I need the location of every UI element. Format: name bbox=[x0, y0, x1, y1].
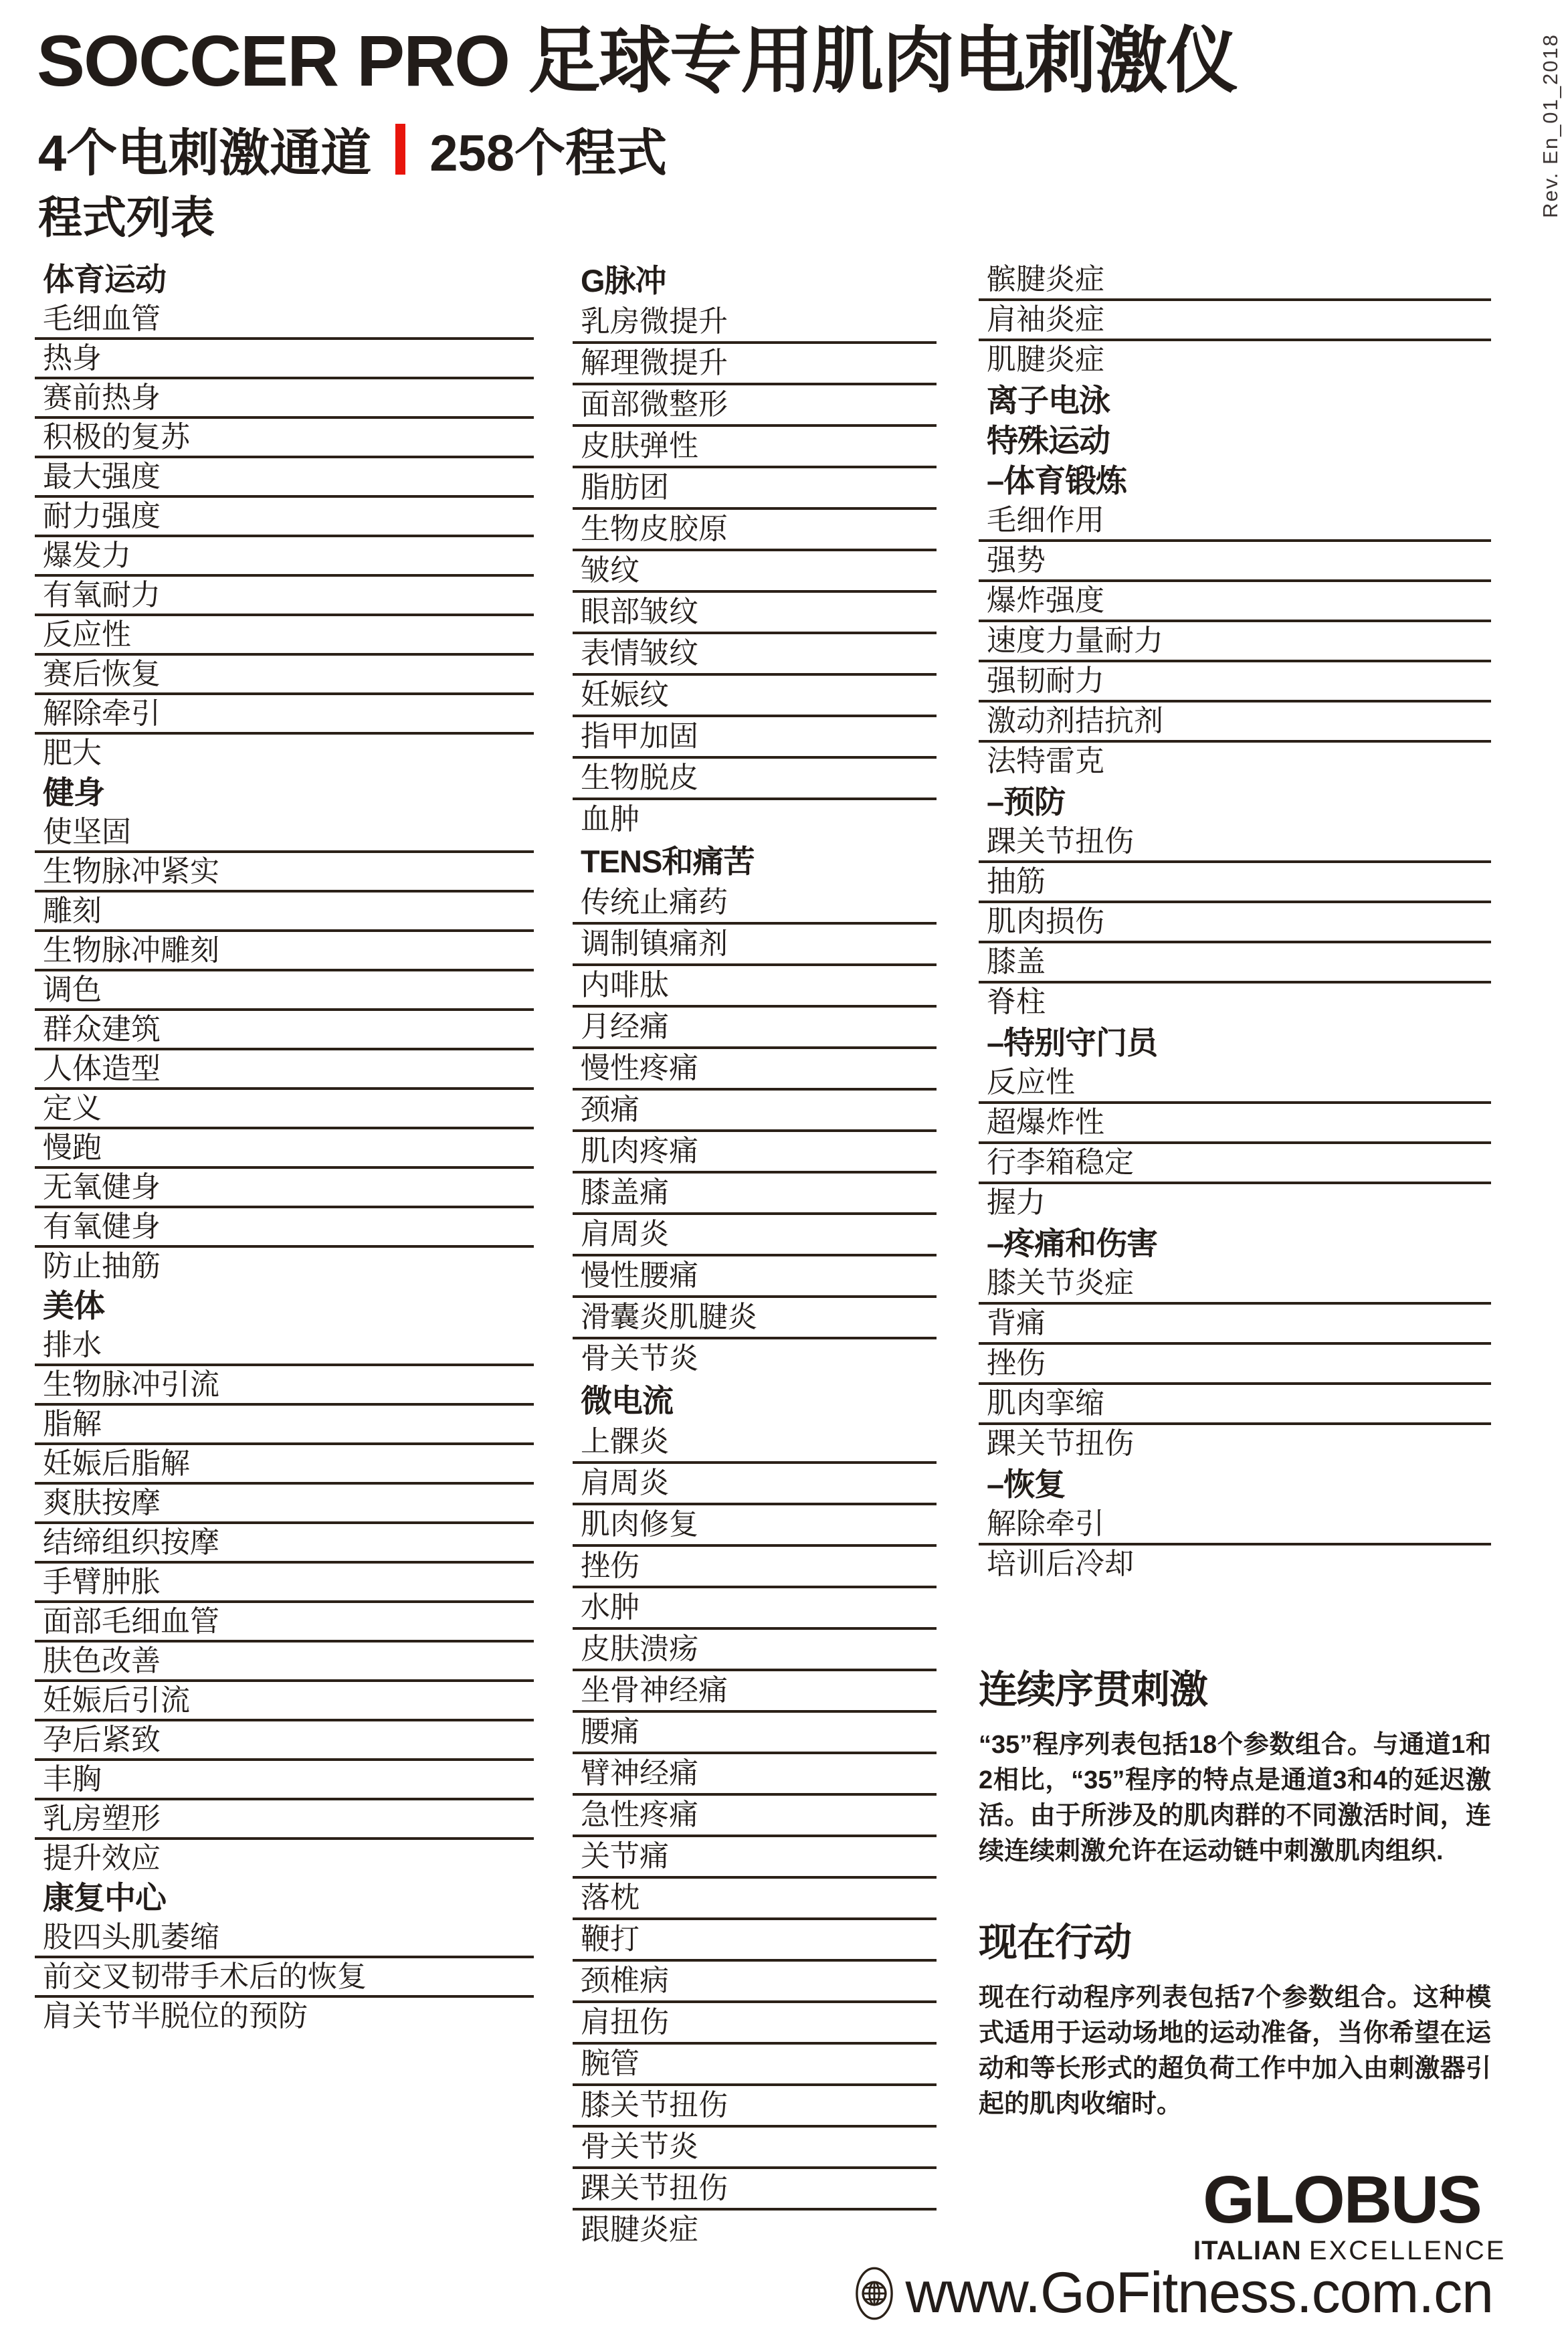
program-item: 脊柱 bbox=[979, 983, 1491, 1024]
program-item: 肌肉疼痛 bbox=[573, 1132, 937, 1173]
program-item: 妊娠后引流 bbox=[35, 1682, 534, 1721]
program-item: 解除牵引 bbox=[35, 695, 534, 735]
red-divider-bar bbox=[395, 124, 405, 175]
program-item: 股四头肌萎缩 bbox=[35, 1919, 534, 1958]
program-item: 生物脱皮 bbox=[573, 759, 937, 800]
globus-logo-text: GLOBUS bbox=[1193, 2166, 1490, 2233]
program-item: 调色 bbox=[35, 971, 534, 1011]
program-item: 鞭打 bbox=[573, 1920, 937, 1962]
program-item: 行李箱稳定 bbox=[979, 1144, 1491, 1184]
program-item: 最大强度 bbox=[35, 458, 534, 498]
paragraph-title: 连续序贯刺激 bbox=[979, 1658, 1491, 1714]
group-header: 美体 bbox=[35, 1287, 534, 1327]
program-item: 落枕 bbox=[573, 1879, 937, 1920]
program-item: 脂肪团 bbox=[573, 468, 937, 510]
document-page: Rev. En_01_2018 SOCCER PRO 足球专用肌肉电刺激仪 4个… bbox=[0, 0, 1568, 2347]
paragraph-body: “35”程序列表包括18个参数组合。与通道1和2相比，“35”程序的特点是通道3… bbox=[979, 1727, 1491, 1869]
program-item: 解理微提升 bbox=[573, 344, 937, 385]
subtitle-channels: 4个电刺激通道 bbox=[38, 112, 371, 185]
program-item: 踝关节扭伤 bbox=[573, 2169, 937, 2211]
program-item: 无氧健身 bbox=[35, 1169, 534, 1208]
program-item: 慢跑 bbox=[35, 1129, 534, 1169]
program-item: 慢性腰痛 bbox=[573, 1256, 937, 1298]
paragraph-body: 现在行动程序列表包括7个参数组合。这种模式适用于运动场地的运动准备，当你希望在运… bbox=[979, 1980, 1491, 2122]
program-item: 肌腱炎症 bbox=[979, 341, 1491, 381]
program-item: 肩周炎 bbox=[573, 1215, 937, 1256]
group-header: 微电流 bbox=[573, 1381, 937, 1422]
program-item: 颈椎病 bbox=[573, 1962, 937, 2003]
page-title-zh: 足球专用肌肉电刺激仪 bbox=[528, 20, 1237, 101]
program-item: 毛细作用 bbox=[979, 502, 1491, 542]
program-item: 血肿 bbox=[573, 800, 937, 842]
program-item: 爽肤按摩 bbox=[35, 1485, 534, 1524]
program-item: 传统止痛药 bbox=[573, 883, 937, 925]
program-item: 脂解 bbox=[35, 1406, 534, 1445]
group-header: G脉冲 bbox=[573, 261, 937, 302]
group-header: –体育锻炼 bbox=[979, 462, 1491, 502]
program-item: 强势 bbox=[979, 542, 1491, 582]
program-item: 有氧耐力 bbox=[35, 577, 534, 616]
group-header: –恢复 bbox=[979, 1465, 1491, 1505]
program-list-column-1: 体育运动毛细血管热身赛前热身积极的复苏最大强度耐力强度爆发力有氧耐力反应性赛后恢… bbox=[35, 261, 534, 2037]
program-item: 妊娠纹 bbox=[573, 676, 937, 717]
program-item: 滑囊炎肌腱炎 bbox=[573, 1298, 937, 1339]
program-item: 肌肉损伤 bbox=[979, 903, 1491, 943]
program-item: 速度力量耐力 bbox=[979, 622, 1491, 662]
program-item: 手臂肿胀 bbox=[35, 1564, 534, 1603]
program-item: 面部毛细血管 bbox=[35, 1603, 534, 1642]
program-item: 肤色改善 bbox=[35, 1642, 534, 1682]
program-item: 提升效应 bbox=[35, 1840, 534, 1879]
program-item: 腰痛 bbox=[573, 1713, 937, 1754]
program-item: 强韧耐力 bbox=[979, 662, 1491, 702]
program-item: 骨关节炎 bbox=[573, 1339, 937, 1381]
program-item: 月经痛 bbox=[573, 1008, 937, 1049]
program-item: 肩袖炎症 bbox=[979, 301, 1491, 341]
program-item: 超爆炸性 bbox=[979, 1104, 1491, 1144]
program-item: 慢性疼痛 bbox=[573, 1049, 937, 1091]
program-item: 颈痛 bbox=[573, 1091, 937, 1132]
program-item: 挫伤 bbox=[573, 1547, 937, 1588]
program-item: 乳房微提升 bbox=[573, 302, 937, 344]
program-item: 膝关节扭伤 bbox=[573, 2086, 937, 2128]
group-header: 健身 bbox=[35, 774, 534, 814]
program-item: 肩扭伤 bbox=[573, 2003, 937, 2045]
program-item: 培训后冷却 bbox=[979, 1545, 1491, 1586]
program-item: 雕刻 bbox=[35, 893, 534, 932]
program-item: 内啡肽 bbox=[573, 966, 937, 1008]
program-item: 水肿 bbox=[573, 1588, 937, 1630]
program-item: 排水 bbox=[35, 1327, 534, 1366]
program-item: 腕管 bbox=[573, 2045, 937, 2086]
program-item: 热身 bbox=[35, 340, 534, 379]
program-item: 抽筋 bbox=[979, 863, 1491, 903]
program-item: 急性疼痛 bbox=[573, 1796, 937, 1837]
program-item: 解除牵引 bbox=[979, 1505, 1491, 1545]
program-item: 肩周炎 bbox=[573, 1464, 937, 1505]
program-item: 关节痛 bbox=[573, 1837, 937, 1879]
group-header: –特别守门员 bbox=[979, 1024, 1491, 1064]
program-item: 法特雷克 bbox=[979, 743, 1491, 783]
program-item: 群众建筑 bbox=[35, 1011, 534, 1050]
subtitle-programs: 258个程式 bbox=[429, 112, 667, 185]
group-header: 康复中心 bbox=[35, 1879, 534, 1919]
program-item: 有氧健身 bbox=[35, 1208, 534, 1248]
program-item: 眼部皱纹 bbox=[573, 593, 937, 634]
program-item: 结缔组织按摩 bbox=[35, 1524, 534, 1564]
program-item: 调制镇痛剂 bbox=[573, 925, 937, 966]
program-item: 反应性 bbox=[35, 616, 534, 656]
program-item: 髌腱炎症 bbox=[979, 261, 1491, 301]
program-item: 面部微整形 bbox=[573, 385, 937, 427]
program-item: 臂神经痛 bbox=[573, 1754, 937, 1796]
program-item: 肌肉修复 bbox=[573, 1505, 937, 1547]
program-item: 握力 bbox=[979, 1184, 1491, 1224]
page-title-en: SOCCER PRO bbox=[37, 20, 509, 101]
website-url: www.GoFitness.com.cn bbox=[906, 2260, 1493, 2326]
program-list-column-2: G脉冲乳房微提升解理微提升面部微整形皮肤弹性脂肪团生物皮胶原皱纹眼部皱纹表情皱纹… bbox=[573, 261, 937, 2252]
program-item: 表情皱纹 bbox=[573, 634, 937, 676]
group-header: 特殊运动 bbox=[979, 421, 1491, 462]
program-item: 生物脉冲雕刻 bbox=[35, 932, 534, 971]
group-header: TENS和痛苦 bbox=[573, 842, 937, 883]
program-item: 丰胸 bbox=[35, 1761, 534, 1800]
program-item: 生物脉冲紧实 bbox=[35, 853, 534, 893]
program-item: 肌肉挛缩 bbox=[979, 1385, 1491, 1425]
program-item: 爆炸强度 bbox=[979, 582, 1491, 622]
program-item: 孕后紧致 bbox=[35, 1721, 534, 1761]
website-row: www.GoFitness.com.cn bbox=[855, 2260, 1493, 2326]
program-item: 耐力强度 bbox=[35, 498, 534, 537]
program-item: 使坚固 bbox=[35, 814, 534, 853]
paragraph-title: 现在行动 bbox=[979, 1911, 1491, 1967]
program-item: 上髁炎 bbox=[573, 1422, 937, 1464]
group-header: –疼痛和伤害 bbox=[979, 1224, 1491, 1264]
program-item: 定义 bbox=[35, 1090, 534, 1129]
section-title: 程式列表 bbox=[38, 182, 215, 246]
program-item: 指甲加固 bbox=[573, 717, 937, 759]
program-item: 防止抽筋 bbox=[35, 1248, 534, 1287]
program-item: 肩关节半脱位的预防 bbox=[35, 1998, 534, 2037]
program-item: 赛后恢复 bbox=[35, 656, 534, 695]
program-item: 皮肤溃疡 bbox=[573, 1630, 937, 1671]
description-block: 连续序贯刺激 “35”程序列表包括18个参数组合。与通道1和2相比，“35”程序… bbox=[979, 1658, 1491, 2164]
program-item: 踝关节扭伤 bbox=[979, 1425, 1491, 1465]
program-item: 膝盖 bbox=[979, 943, 1491, 983]
program-item: 坐骨神经痛 bbox=[573, 1671, 937, 1713]
program-item: 积极的复苏 bbox=[35, 419, 534, 458]
subtitle: 4个电刺激通道 258个程式 bbox=[38, 112, 667, 185]
program-item: 膝盖痛 bbox=[573, 1173, 937, 1215]
program-item: 妊娠后脂解 bbox=[35, 1445, 534, 1485]
program-item: 踝关节扭伤 bbox=[979, 823, 1491, 863]
program-item: 肥大 bbox=[35, 735, 534, 774]
program-item: 骨关节炎 bbox=[573, 2128, 937, 2169]
program-item: 皮肤弹性 bbox=[573, 427, 937, 468]
brand-logo: GLOBUS ITALIAN EXCELLENCE bbox=[1193, 2166, 1490, 2266]
program-item: 生物脉冲引流 bbox=[35, 1366, 534, 1406]
program-item: 膝关节炎症 bbox=[979, 1264, 1491, 1305]
group-header: 体育运动 bbox=[35, 261, 534, 300]
program-item: 皱纹 bbox=[573, 551, 937, 593]
program-item: 爆发力 bbox=[35, 537, 534, 577]
program-item: 生物皮胶原 bbox=[573, 510, 937, 551]
program-item: 人体造型 bbox=[35, 1050, 534, 1090]
globe-icon bbox=[855, 2266, 894, 2321]
page-title: SOCCER PRO 足球专用肌肉电刺激仪 bbox=[37, 23, 1237, 98]
program-item: 挫伤 bbox=[979, 1345, 1491, 1385]
program-item: 背痛 bbox=[979, 1305, 1491, 1345]
group-header: 离子电泳 bbox=[979, 381, 1491, 421]
program-item: 激动剂拮抗剂 bbox=[979, 702, 1491, 743]
program-item: 反应性 bbox=[979, 1064, 1491, 1104]
program-item: 赛前热身 bbox=[35, 379, 534, 419]
group-header: –预防 bbox=[979, 783, 1491, 823]
program-item: 毛细血管 bbox=[35, 300, 534, 340]
program-item: 跟腱炎症 bbox=[573, 2211, 937, 2252]
revision-note: Rev. En_01_2018 bbox=[1539, 33, 1563, 218]
program-item: 前交叉韧带手术后的恢复 bbox=[35, 1958, 534, 1998]
program-item: 乳房塑形 bbox=[35, 1800, 534, 1840]
program-list-column-3: 髌腱炎症肩袖炎症肌腱炎症离子电泳特殊运动–体育锻炼毛细作用强势爆炸强度速度力量耐… bbox=[979, 261, 1491, 1586]
